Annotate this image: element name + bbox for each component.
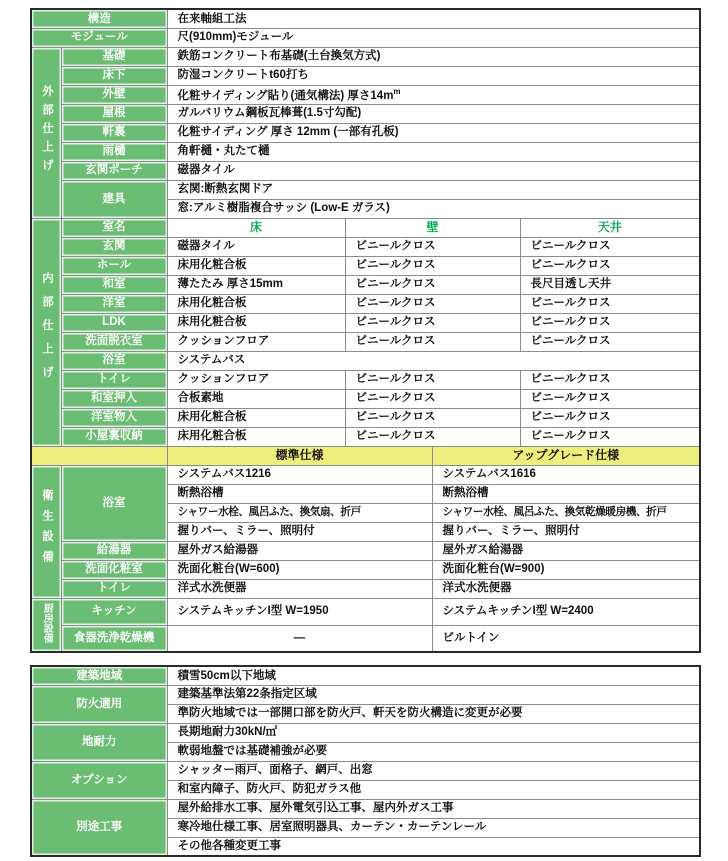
- outer-wall-text: 化粧サイディング貼り(通気構法) 厚さ14m: [178, 89, 394, 101]
- floor-value: 床用化粧合板: [167, 408, 345, 427]
- ceiling-value: ビニールクロス: [520, 427, 700, 446]
- upgrade-value: システムキッチンI型 W=2400: [432, 598, 700, 625]
- wall-value: ビニールクロス: [345, 370, 520, 389]
- floor-value: 床用化粧合板: [167, 256, 345, 275]
- condition-label-options: オプション: [31, 761, 167, 799]
- row-value-gutter: 角軒樋・丸たて樋: [167, 142, 700, 161]
- wall-value: ビニールクロス: [345, 408, 520, 427]
- standard-value: 洗面化粧台(W=600): [167, 560, 432, 579]
- row-label-module: モジュール: [31, 28, 167, 47]
- section-strip-kitchen-label: 厨房設備: [41, 603, 51, 643]
- outer-wall-sup: m: [393, 87, 400, 96]
- section-strip-kitchen: 厨房設備: [31, 598, 61, 652]
- section-strip-sanitary-label: 衛生設備: [41, 489, 53, 571]
- condition-line: 長期地耐力30kN/㎡: [167, 723, 700, 742]
- ceiling-value: ビニールクロス: [520, 332, 700, 351]
- condition-label-area: 建築地域: [31, 666, 167, 685]
- ceiling-value: ビニールクロス: [520, 237, 700, 256]
- upgrade-value: 握りバー、ミラー、照明付: [432, 522, 700, 541]
- wall-value: ビニールクロス: [345, 294, 520, 313]
- upgrade-value: シャワー水栓、風呂ふた、換気乾燥暖房機、折戸: [432, 503, 700, 522]
- row-label-outer-wall: 外壁: [61, 85, 167, 104]
- wall-value: ビニールクロス: [345, 389, 520, 408]
- condition-line: 建築基準法第22条指定区域: [167, 685, 700, 704]
- row-value-fittings-window: 窓:アルミ樹脂複合サッシ (Low-E ガラス): [167, 199, 700, 218]
- row-label-gutter: 雨樋: [61, 142, 167, 161]
- section-strip-sanitary: 衛生設備: [31, 465, 61, 598]
- grade-band-spacer: [31, 446, 167, 465]
- condition-line: 屋外給排水工事、屋外電気引込工事、屋内外ガス工事: [167, 799, 700, 818]
- row-value-foundation: 鉄筋コンクリート布基礎(土台換気方式): [167, 47, 700, 66]
- condition-label-fire: 防火適用: [31, 685, 167, 723]
- ceiling-value: ビニールクロス: [520, 370, 700, 389]
- standard-value: システムキッチンI型 W=1950: [167, 598, 432, 625]
- condition-line: 寒冷地仕様工事、居室照明器具、カーテン・カーテンレール: [167, 818, 700, 837]
- condition-line: シャッター雨戸、面格子、網戸、出窓: [167, 761, 700, 780]
- standard-value: 洋式水洗便器: [167, 579, 432, 598]
- row-value-underfloor: 防湿コンクリートt60打ち: [167, 66, 700, 85]
- section-strip-interior-label: 内部仕上げ: [41, 272, 53, 390]
- room-label: 洋室物入: [61, 408, 167, 427]
- wall-value: ビニールクロス: [345, 427, 520, 446]
- wall-value: ビニールクロス: [345, 332, 520, 351]
- row-label-water-heater: 給湯器: [61, 541, 167, 560]
- upgrade-value: システムバス1616: [432, 465, 700, 484]
- row-label-structure: 構造: [31, 9, 167, 28]
- condition-line: その他各種変更工事: [167, 837, 700, 856]
- row-label-underfloor: 床下: [61, 66, 167, 85]
- floor-value: クッションフロア: [167, 332, 345, 351]
- wall-value: ビニールクロス: [345, 313, 520, 332]
- row-value-eaves: 化粧サイディング 厚さ 12mm (一部有孔板): [167, 123, 700, 142]
- row-value-structure: 在来軸組工法: [167, 9, 700, 28]
- standard-value: シャワー水栓、風呂ふた、換気扇、折戸: [167, 503, 432, 522]
- grade-band-standard: 標準仕様: [167, 446, 432, 465]
- upgrade-value: 洗面化粧台(W=900): [432, 560, 700, 579]
- wall-value: ビニールクロス: [345, 275, 520, 294]
- specification-table: 構造 在来軸組工法 モジュール 尺(910mm)モジュール 外部仕上げ 基礎 鉄…: [30, 8, 701, 653]
- condition-line: 積雪50cm以下地域: [167, 666, 700, 685]
- floor-value: 床用化粧合板: [167, 427, 345, 446]
- condition-label-separate-work: 別途工事: [31, 799, 167, 856]
- room-label: ホール: [61, 256, 167, 275]
- upgrade-value: 洋式水洗便器: [432, 579, 700, 598]
- condition-line: 軟弱地盤では基礎補強が必要: [167, 742, 700, 761]
- bathroom-span-value: システムバス: [167, 351, 700, 370]
- row-label-roof: 屋根: [61, 104, 167, 123]
- spec-sheet-page: 構造 在来軸組工法 モジュール 尺(910mm)モジュール 外部仕上げ 基礎 鉄…: [0, 0, 728, 857]
- room-label: 玄関: [61, 237, 167, 256]
- upgrade-value: 屋外ガス給湯器: [432, 541, 700, 560]
- ceiling-value: ビニールクロス: [520, 313, 700, 332]
- room-label: 小屋裏収納: [61, 427, 167, 446]
- wall-value: ビニールクロス: [345, 256, 520, 275]
- row-label-eaves: 軒裏: [61, 123, 167, 142]
- row-label-dishwasher: 食器洗浄乾燥機: [61, 625, 167, 652]
- standard-value: 断熱浴槽: [167, 484, 432, 503]
- row-value-fittings-entrance: 玄関:断熱玄関ドア: [167, 180, 700, 199]
- room-label: 和室押入: [61, 389, 167, 408]
- room-label: 洗面脱衣室: [61, 332, 167, 351]
- conditions-table: 建築地域 積雪50cm以下地域 防火適用 建築基準法第22条指定区域 準防火地域…: [30, 665, 701, 857]
- section-strip-exterior: 外部仕上げ: [31, 47, 61, 218]
- row-label-porch: 玄関ポーチ: [61, 161, 167, 180]
- row-value-porch: 磁器タイル: [167, 161, 700, 180]
- col-header-ceiling: 天井: [520, 218, 700, 237]
- upgrade-value: 断熱浴槽: [432, 484, 700, 503]
- floor-value: 床用化粧合板: [167, 313, 345, 332]
- condition-line: 準防火地域では一部開口部を防火戸、軒天を防火構造に変更が必要: [167, 704, 700, 723]
- ceiling-value: ビニールクロス: [520, 408, 700, 427]
- section-strip-interior: 内部仕上げ: [31, 218, 61, 446]
- standard-value: —: [167, 625, 432, 652]
- floor-value: 床用化粧合板: [167, 294, 345, 313]
- table-gap: [30, 653, 728, 665]
- row-label-fittings: 建具: [61, 180, 167, 218]
- ceiling-value: ビニールクロス: [520, 294, 700, 313]
- room-label: 浴室: [61, 351, 167, 370]
- ceiling-value: ビニールクロス: [520, 389, 700, 408]
- row-value-outer-wall: 化粧サイディング貼り(通気構法) 厚さ14mm: [167, 85, 700, 104]
- standard-value: システムバス1216: [167, 465, 432, 484]
- row-label-kitchen: キッチン: [61, 598, 167, 625]
- col-header-wall: 壁: [345, 218, 520, 237]
- room-label: 和室: [61, 275, 167, 294]
- upgrade-value: ビルトイン: [432, 625, 700, 652]
- row-label-foundation: 基礎: [61, 47, 167, 66]
- room-label: トイレ: [61, 370, 167, 389]
- condition-label-ground: 地耐力: [31, 723, 167, 761]
- room-label: LDK: [61, 313, 167, 332]
- col-header-floor: 床: [167, 218, 345, 237]
- ceiling-value: ビニールクロス: [520, 256, 700, 275]
- condition-line: 和室内障子、防火戸、防犯ガラス他: [167, 780, 700, 799]
- row-value-module: 尺(910mm)モジュール: [167, 28, 700, 47]
- col-header-room: 室名: [61, 218, 167, 237]
- wall-value: ビニールクロス: [345, 237, 520, 256]
- standard-value: 握りバー、ミラー、照明付: [167, 522, 432, 541]
- floor-value: 合板素地: [167, 389, 345, 408]
- floor-value: 薄たたみ 厚さ15mm: [167, 275, 345, 294]
- grade-band-upgrade: アップグレード仕様: [432, 446, 700, 465]
- row-label-bathroom: 浴室: [61, 465, 167, 541]
- ceiling-value: 長尺目透し天井: [520, 275, 700, 294]
- section-strip-exterior-label: 外部仕上げ: [41, 85, 53, 178]
- standard-value: 屋外ガス給湯器: [167, 541, 432, 560]
- row-label-toilet: トイレ: [61, 579, 167, 598]
- floor-value: クッションフロア: [167, 370, 345, 389]
- room-label: 洋室: [61, 294, 167, 313]
- floor-value: 磁器タイル: [167, 237, 345, 256]
- row-value-roof: ガルバリウム鋼板瓦棒葺(1.5寸勾配): [167, 104, 700, 123]
- row-label-vanity: 洗面化粧室: [61, 560, 167, 579]
